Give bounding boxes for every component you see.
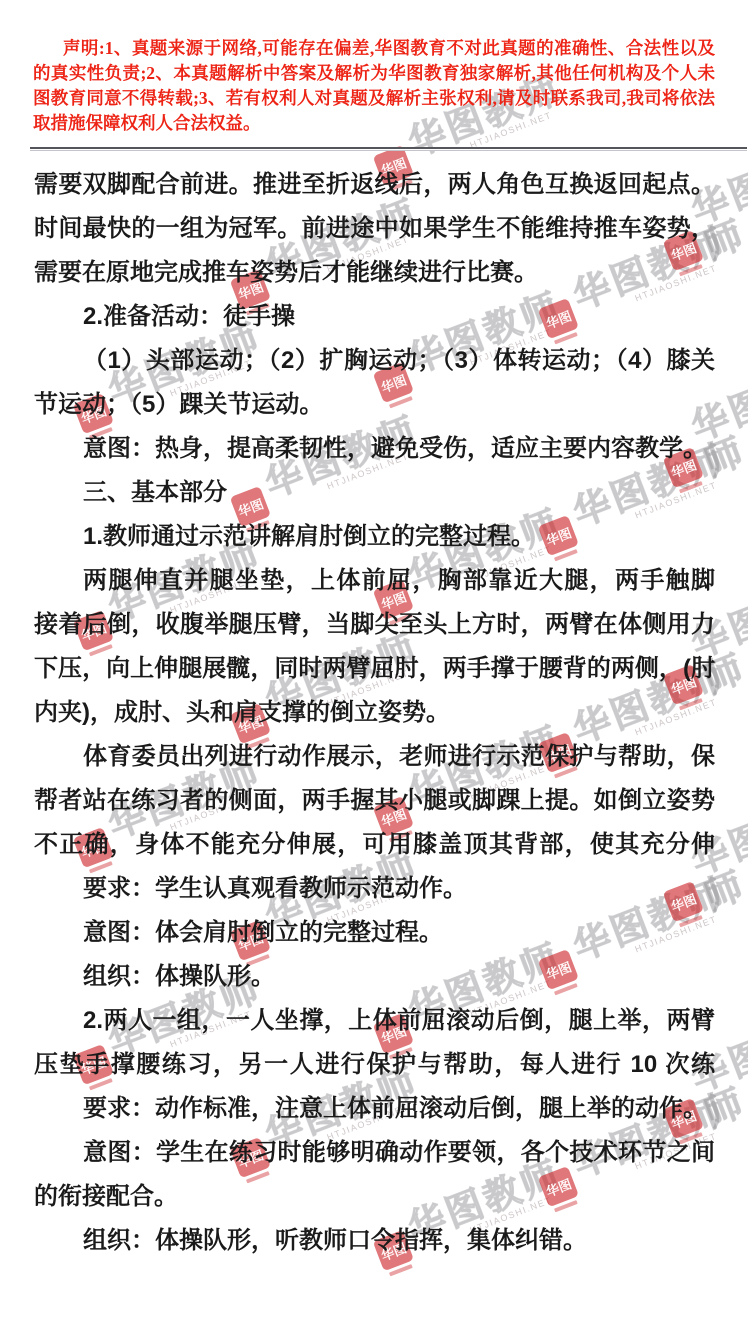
document-page: 华图华图教师HTJIAOSHI.NET华图华图教师HTJIAOSHI.NET华图… bbox=[0, 0, 748, 1335]
body-line: 组织：体操队形，听教师口令指挥，集体纠错。 bbox=[34, 1219, 715, 1263]
body-line: 接着后倒，收腹举腿压臂，当脚尖至头上方时，两臂在体侧用力 bbox=[34, 603, 715, 647]
disclaimer-line: 图教育同意不得转载;3、若有权利人对真题及解析主张权利,请及时联系我司,我司将依… bbox=[33, 86, 715, 111]
body-line: 内夹)，成肘、头和肩支撑的倒立姿势。 bbox=[34, 691, 715, 735]
body-line: 1.教师通过示范讲解肩肘倒立的完整过程。 bbox=[34, 515, 715, 559]
body-line: （1）头部运动；（2）扩胸运动；（3）体转运动；（4）膝关 bbox=[34, 339, 715, 383]
disclaimer-label: 声明: bbox=[63, 38, 105, 58]
body-line: 组织：体操队形。 bbox=[34, 955, 715, 999]
body-line: 意图：体会肩肘倒立的完整过程。 bbox=[34, 911, 715, 955]
divider-rule bbox=[30, 147, 747, 152]
body-line: 2.两人一组，一人坐撑，上体前屈滚动后倒，腿上举，两臂 bbox=[34, 999, 715, 1043]
disclaimer-text: 1、真题来源于网络,可能存在偏差,华图教育不对此真题的准确性、合法性以及内容 bbox=[33, 38, 715, 61]
logo-caption-bar bbox=[389, 1264, 413, 1276]
disclaimer: 声明:1、真题来源于网络,可能存在偏差,华图教育不对此真题的准确性、合法性以及内… bbox=[33, 36, 715, 136]
body-line: 意图：学生在练习时能够明确动作要领，各个技术环节之间 bbox=[34, 1131, 715, 1175]
body-line: 下压，向上伸腿展髋，同时两臂屈肘，两手撑于腰背的两侧，(肘 bbox=[34, 647, 715, 691]
body-line: 压垫手撑腰练习，另一人进行保护与帮助，每人进行 10 次练习。 bbox=[34, 1043, 715, 1087]
body-line: 两腿伸直并腿坐垫，上体前屈，胸部靠近大腿，两手触脚面， bbox=[34, 559, 715, 603]
body-line: 2.准备活动：徒手操 bbox=[34, 295, 715, 339]
body-line: 不正确，身体不能充分伸展，可用膝盖顶其背部，使其充分伸直。 bbox=[34, 823, 715, 867]
body-line: 需要双脚配合前进。推进至折返线后，两人角色互换返回起点。 bbox=[34, 163, 715, 207]
body-line: 帮者站在练习者的侧面，两手握其小腿或脚踝上提。如倒立姿势 bbox=[34, 779, 715, 823]
body-text: 需要双脚配合前进。推进至折返线后，两人角色互换返回起点。时间最快的一组为冠军。前… bbox=[34, 163, 715, 1263]
body-line: 节运动；（5）踝关节运动。 bbox=[34, 383, 715, 427]
body-line: 要求：动作标准，注意上体前屈滚动后倒，腿上举的动作。 bbox=[34, 1087, 715, 1131]
body-line: 意图：热身，提高柔韧性，避免受伤，适应主要内容教学。 bbox=[34, 427, 715, 471]
disclaimer-line: 的真实性负责;2、本真题解析中答案及解析为华图教育独家解析,其他任何机构及个人未… bbox=[33, 61, 715, 86]
body-line: 时间最快的一组为冠军。前进途中如果学生不能维持推车姿势， bbox=[34, 207, 715, 251]
disclaimer-line: 声明:1、真题来源于网络,可能存在偏差,华图教育不对此真题的准确性、合法性以及内… bbox=[33, 36, 715, 61]
body-line: 的衔接配合。 bbox=[34, 1175, 715, 1219]
disclaimer-line: 取措施保障权利人合法权益。 bbox=[33, 111, 715, 136]
body-line: 要求：学生认真观看教师示范动作。 bbox=[34, 867, 715, 911]
body-line: 需要在原地完成推车姿势后才能继续进行比赛。 bbox=[34, 251, 715, 295]
body-line: 三、基本部分 bbox=[34, 471, 715, 515]
body-line: 体育委员出列进行动作展示，老师进行示范保护与帮助，保 bbox=[34, 735, 715, 779]
